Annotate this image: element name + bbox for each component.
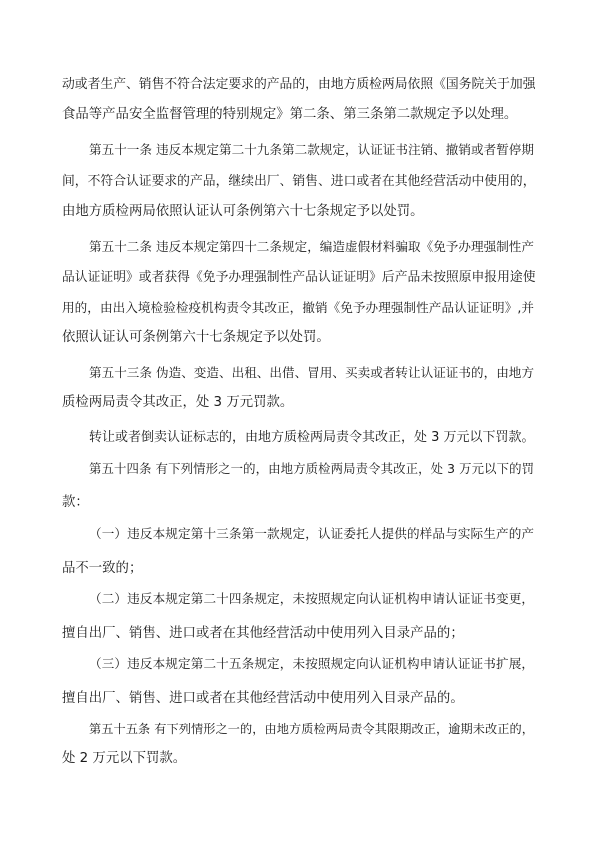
text-line: 款： <box>62 494 534 512</box>
text-line: 擅自出厂、销售、进口或者在其他经营活动中使用列入目录产品的； <box>62 625 534 643</box>
text-line: 擅自出厂、销售、进口或者在其他经营活动中使用列入目录产品的。 <box>62 690 534 708</box>
text-line: 第五十五条 有下列情形之一的，由地方质检两局责令其限期改正，逾期未改正的， <box>89 720 534 738</box>
text-line: 间，不符合认证要求的产品，继续出厂、销售、进口或者在其他经营活动中使用的， <box>62 173 534 191</box>
text-line: 第五十一条 违反本规定第二十九条第二款规定，认证证书注销、撤销或者暂停期 <box>89 141 534 159</box>
text-line: 品不一致的； <box>62 560 534 578</box>
text-line: 转让或者倒卖认证标志的，由地方质检两局责令其改正，处 3 万元以下罚款。 <box>89 429 534 447</box>
text-line: （三）违反本规定第二十五条规定，未按照规定向认证机构申请认证证书扩展， <box>89 655 534 673</box>
text-line: 处 2 万元以下罚款。 <box>62 750 534 768</box>
text-line: 第五十四条 有下列情形之一的，由地方质检两局责令其改正，处 3 万元以下的罚 <box>89 460 534 478</box>
text-line: 食品等产品安全监督管理的特别规定》第二条、第三条第二款规定予以处理。 <box>62 106 534 124</box>
text-line: 第五十三条 伪造、变造、出租、出借、冒用、买卖或者转让认证证书的，由地方 <box>89 364 534 382</box>
text-line: 由地方质检两局依照认证认可条例第六十七条规定予以处罚。 <box>62 203 534 221</box>
text-line: 用的，由出入境检验检疫机构责令其改正，撤销《免予办理强制性产品认证证明》,并 <box>62 299 534 317</box>
text-line: 品认证证明》或者获得《免予办理强制性产品认证证明》后产品未按照原申报用途使 <box>62 269 534 287</box>
document-page: 动或者生产、销售不符合法定要求的产品的，由地方质检两局依照《国务院关于加强食品等… <box>0 0 595 845</box>
text-line: 质检两局责令其改正，处 3 万元罚款。 <box>62 394 534 412</box>
text-line: （二）违反本规定第二十四条规定，未按照规定向认证机构申请认证证书变更， <box>89 590 534 608</box>
text-line: 第五十二条 违反本规定第四十二条规定，编造虚假材料骗取《免予办理强制性产 <box>89 238 534 256</box>
text-line: 动或者生产、销售不符合法定要求的产品的，由地方质检两局依照《国务院关于加强 <box>62 76 534 94</box>
text-line: 依照认证认可条例第六十七条规定予以处罚。 <box>62 329 534 347</box>
text-line: （一）违反本规定第十三条第一款规定，认证委托人提供的样品与实际生产的产 <box>89 525 534 543</box>
